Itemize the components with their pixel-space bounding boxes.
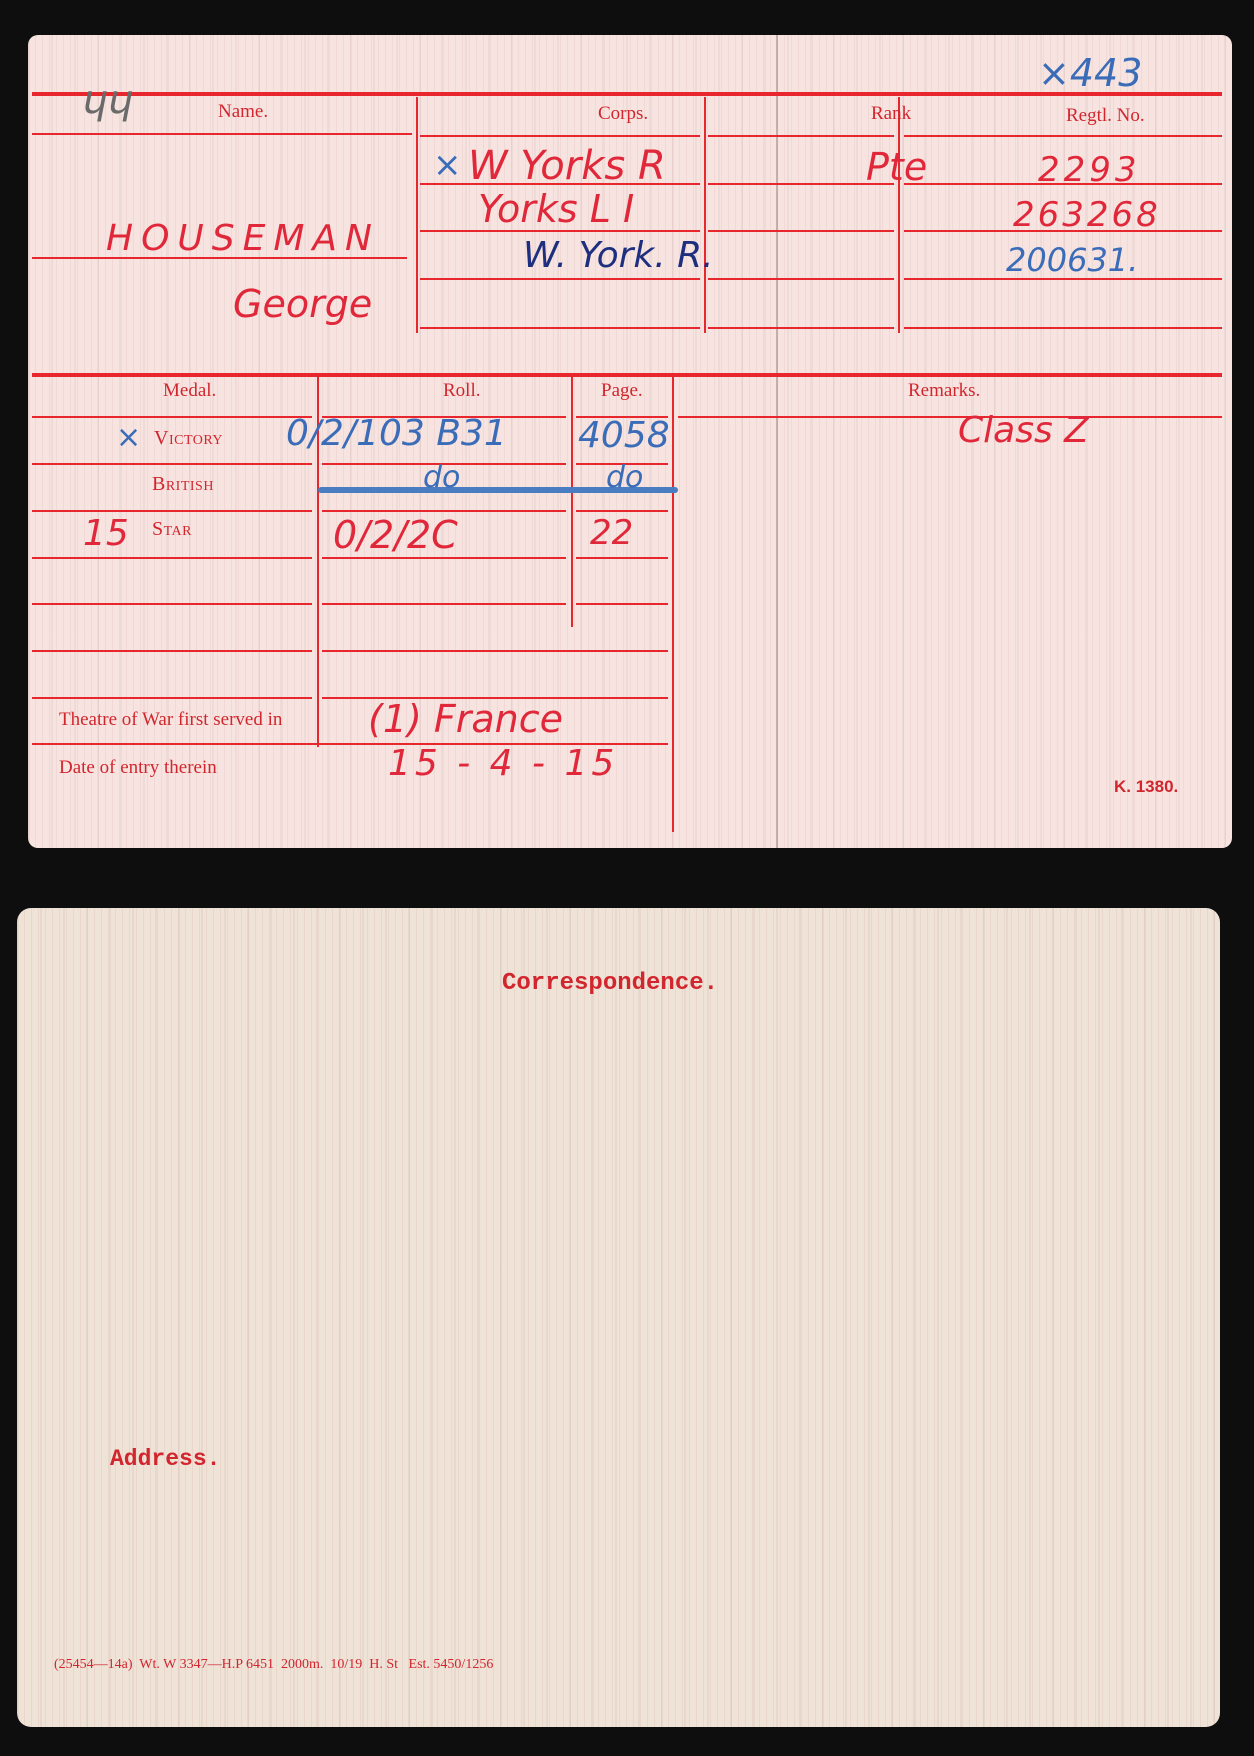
regt-number: 2293 xyxy=(1038,150,1141,190)
regt-no-header: Regtl. No. xyxy=(1066,105,1145,127)
section-rule xyxy=(32,373,1222,377)
rule xyxy=(32,650,312,652)
column-divider xyxy=(704,97,706,333)
medal-label: Star xyxy=(152,518,192,541)
column-divider xyxy=(571,377,573,627)
rule xyxy=(420,135,700,137)
corps-entry: Yorks L I xyxy=(478,187,634,231)
guide-line xyxy=(776,35,778,848)
surname: HOUSEMAN xyxy=(106,218,380,259)
date-label: Date of entry therein xyxy=(59,757,217,779)
rule xyxy=(576,557,668,559)
top-annotation: ×443 xyxy=(1038,51,1142,95)
page-header: Page. xyxy=(601,380,643,402)
rank-header: Rank xyxy=(871,103,911,125)
address-label: Address. xyxy=(110,1446,220,1472)
column-divider xyxy=(416,97,418,333)
name-header: Name. xyxy=(218,101,268,123)
medal-header: Medal. xyxy=(163,380,216,402)
medal-prefix: 15 xyxy=(83,513,129,554)
rule xyxy=(708,135,894,137)
rule xyxy=(904,135,1222,137)
rank-value: Pte xyxy=(866,145,927,189)
regt-number: 200631. xyxy=(1006,241,1138,279)
rule xyxy=(708,327,894,329)
page-value: 4058 xyxy=(578,415,670,456)
rule xyxy=(32,510,312,512)
rule xyxy=(904,327,1222,329)
rule xyxy=(32,133,412,135)
form-code: K. 1380. xyxy=(1114,777,1178,797)
date-value: 15 - 4 - 15 xyxy=(388,743,618,784)
regt-number: 263268 xyxy=(1013,195,1161,235)
rule xyxy=(576,510,668,512)
correspondence-heading: Correspondence. xyxy=(502,970,718,997)
corps-entry: W Yorks R xyxy=(468,143,666,189)
page-value: 22 xyxy=(590,513,633,553)
rule xyxy=(322,557,566,559)
corps-entry: W. York. R. xyxy=(523,235,714,276)
rule xyxy=(32,416,312,418)
column-divider xyxy=(672,377,674,832)
page-value: do xyxy=(606,460,643,495)
remarks-header: Remarks. xyxy=(908,380,980,402)
roll-value: 0/2/103 B31 xyxy=(286,413,507,454)
corps-mark: × xyxy=(433,145,462,185)
corner-mark: ɥɥ xyxy=(82,77,133,123)
rule xyxy=(32,557,312,559)
rule xyxy=(708,230,894,232)
forename: George xyxy=(233,282,372,326)
column-divider xyxy=(898,97,900,333)
rule xyxy=(708,278,894,280)
rule xyxy=(32,463,312,465)
theatre-value: (1) France xyxy=(368,697,563,741)
rule xyxy=(322,650,668,652)
rule xyxy=(32,603,312,605)
rule xyxy=(576,603,668,605)
medal-label: British xyxy=(152,473,214,496)
medal-label: Victory xyxy=(154,427,223,450)
rule xyxy=(322,510,566,512)
printer-line: (25454—14a) Wt. W 3347—H.P 6451 2000m. 1… xyxy=(54,1657,493,1673)
rule xyxy=(678,416,1222,418)
medal-index-card-back: Correspondence. Address. (25454—14a) Wt.… xyxy=(17,908,1220,1727)
rule xyxy=(322,603,566,605)
roll-header: Roll. xyxy=(443,380,480,402)
corps-header: Corps. xyxy=(598,103,648,125)
theatre-label: Theatre of War first served in xyxy=(59,709,282,731)
rule xyxy=(32,697,312,699)
rule xyxy=(420,278,700,280)
roll-value: do xyxy=(423,460,460,495)
medal-index-card-front: ɥɥ ×443 Name. Corps. Rank Regtl. No. HOU… xyxy=(28,35,1232,848)
roll-value: 0/2/2C xyxy=(333,513,458,557)
remarks-value: Class Z xyxy=(958,410,1089,451)
rule xyxy=(420,327,700,329)
medal-mark: × xyxy=(116,420,141,455)
